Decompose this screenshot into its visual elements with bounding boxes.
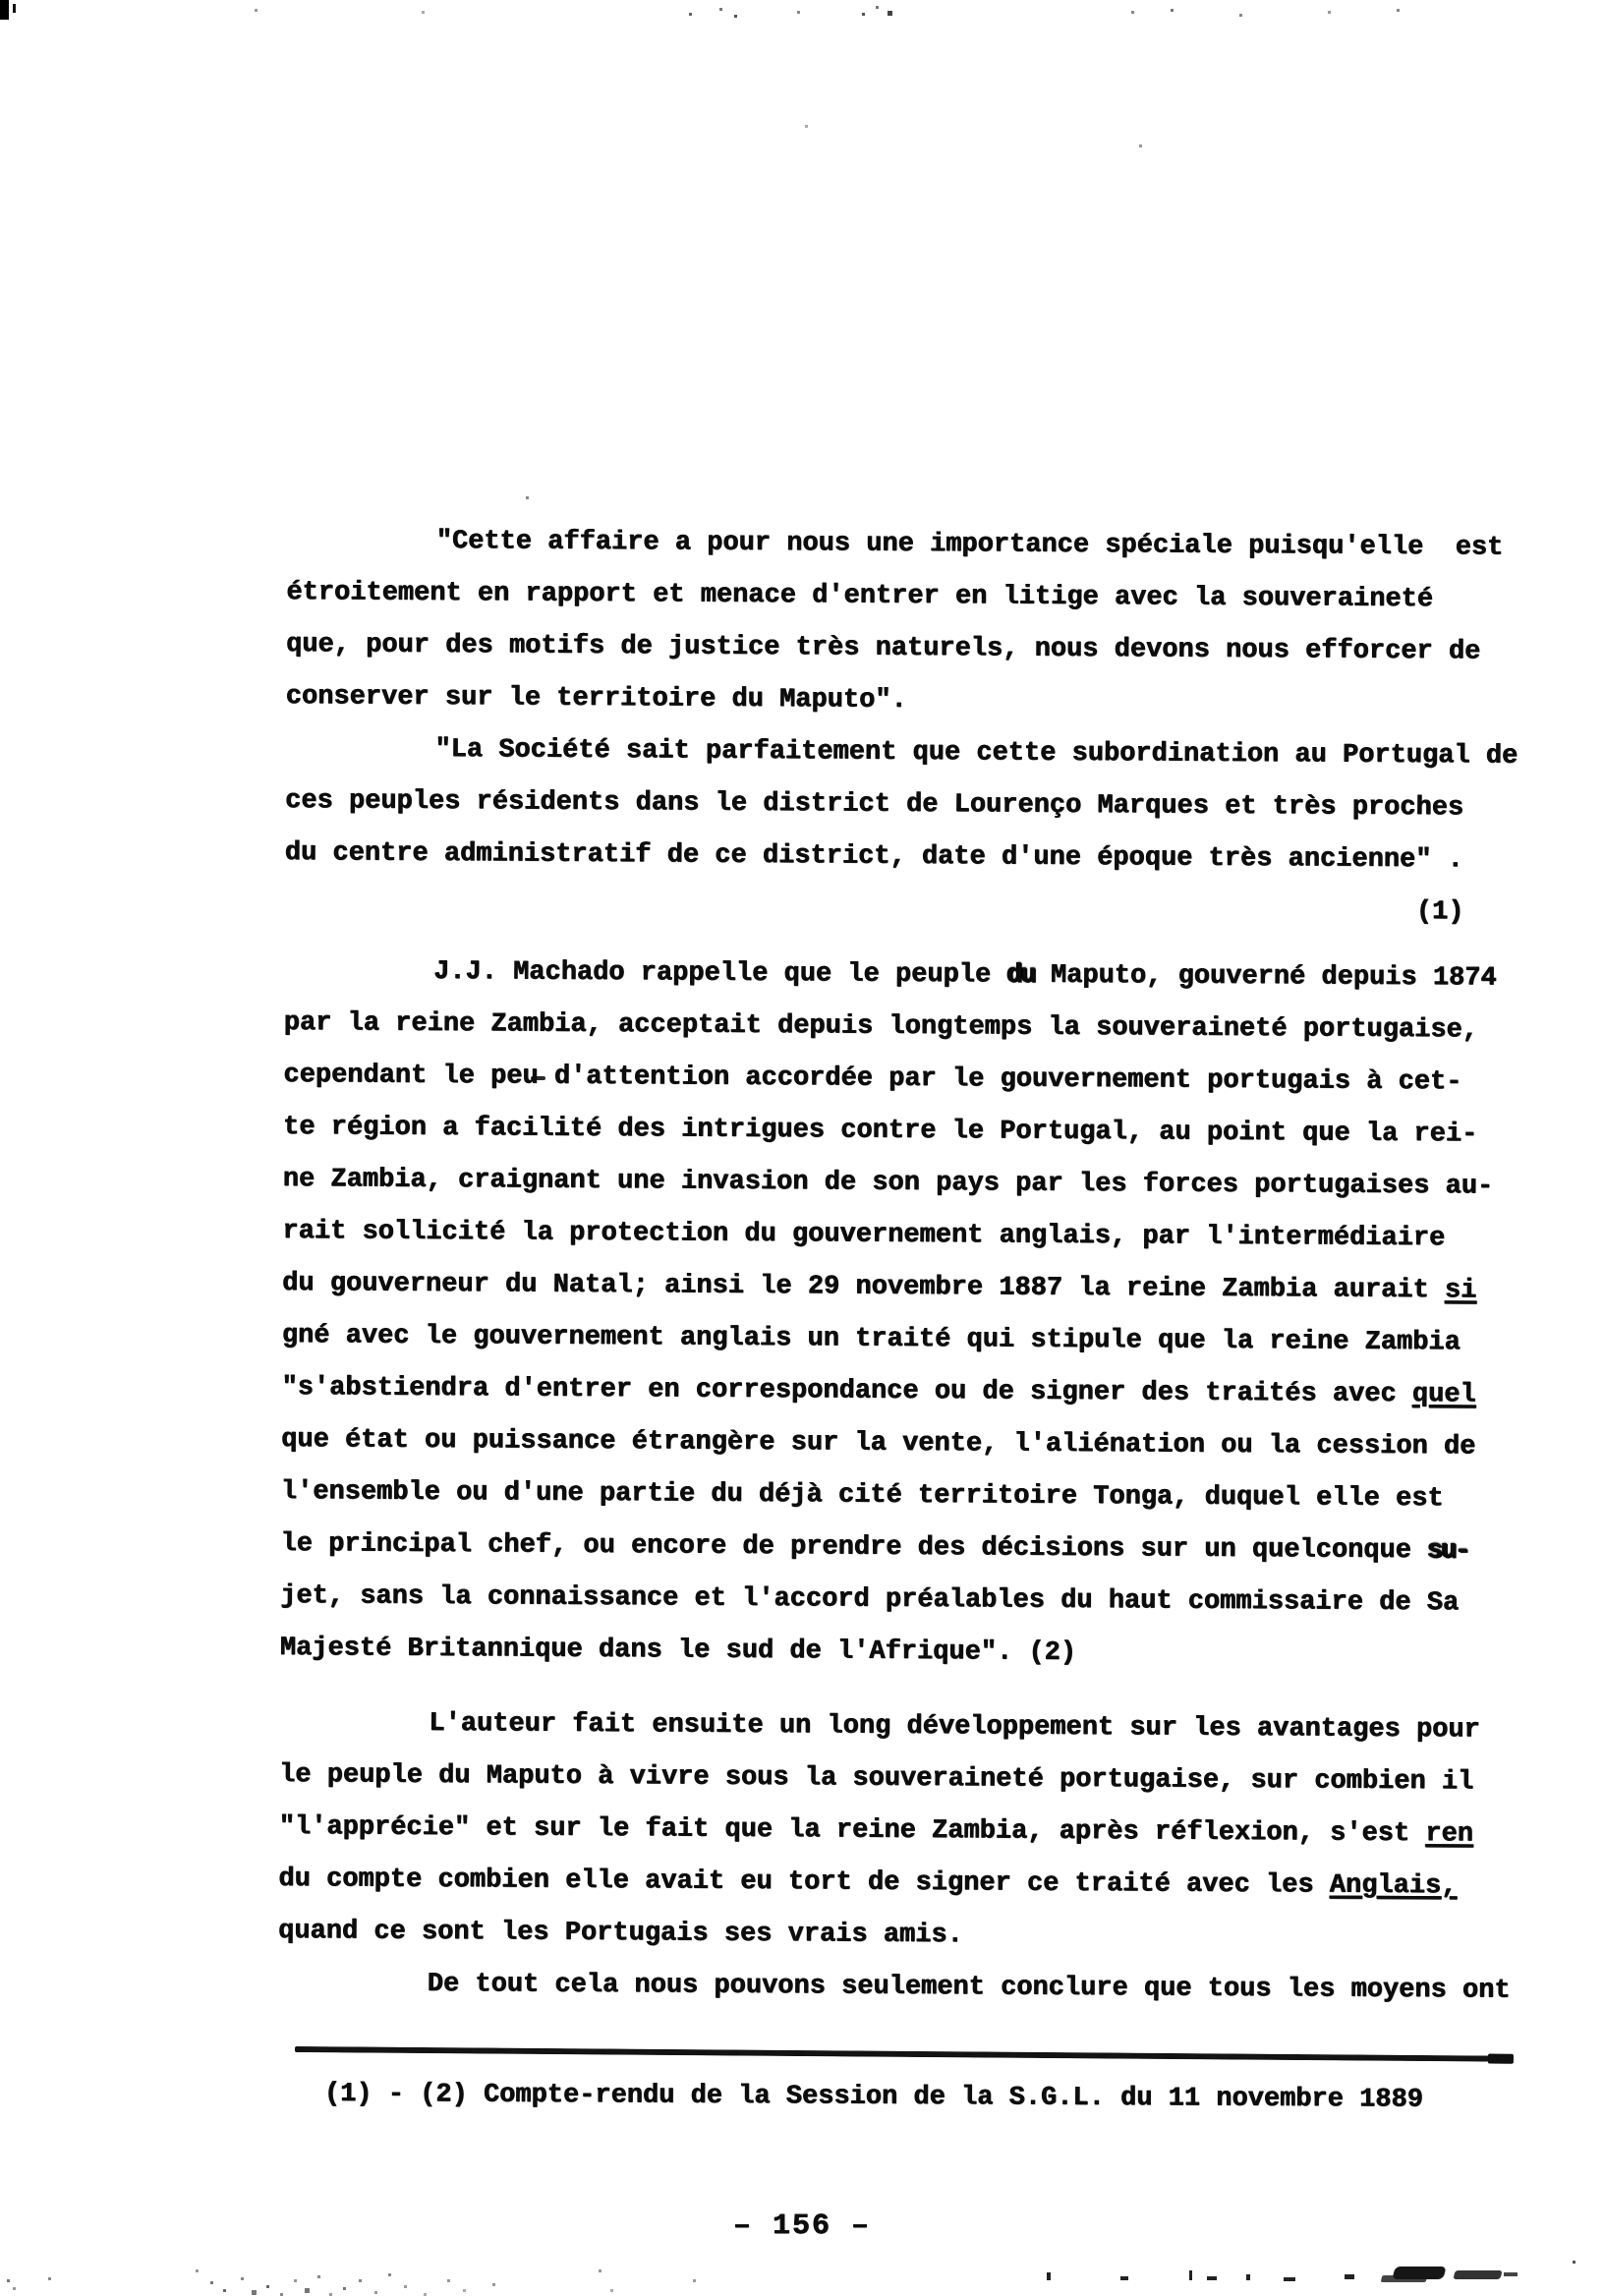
- paragraph: De tout cela nous pouvons seulement conc…: [278, 1958, 1501, 2018]
- paragraph: L'auteur fait ensuite un long développem…: [278, 1697, 1503, 1966]
- text-line: gné avec le gouvernement anglais un trai…: [282, 1310, 1505, 1370]
- page-number: – 156 –: [0, 2210, 1604, 2243]
- text-line: le peuple du Maputo à vivre sous la souv…: [279, 1750, 1502, 1809]
- text-line: De tout cela nous pouvons seulement conc…: [278, 1958, 1501, 2018]
- text-line: rait sollicité la protection du gouverne…: [282, 1206, 1505, 1266]
- text-line: "La Société sait parfaitement que cette …: [285, 723, 1508, 783]
- text-line: par la reine Zambia, acceptait depuis lo…: [284, 998, 1507, 1058]
- text-line: "s'abstiendra d'entrer en correspondance…: [281, 1362, 1504, 1422]
- text-line: du centre administratif de ce district, …: [285, 828, 1508, 888]
- text-line: cependant le peu d'attention accordée pa…: [283, 1050, 1506, 1110]
- text-line: ces peuples résidents dans le district d…: [285, 775, 1508, 835]
- text-line: conserver sur le territoire du Maputo".: [286, 671, 1509, 731]
- text-line: du gouverneur du Natal; ainsi le 29 nove…: [282, 1258, 1505, 1318]
- footnote-ref-marker: (1): [284, 880, 1507, 940]
- scanned-document-page: "Cette affaire a pour nous une importanc…: [0, 0, 1604, 2296]
- footnote-text: (1) - (2) Compte-rendu de la Session de …: [324, 2069, 1523, 2127]
- text-line: quand ce sont les Portugais ses vrais am…: [278, 1906, 1501, 1966]
- scan-corner-artifact: [0, 0, 9, 20]
- text-line: étroitement en rapport et menace d'entre…: [286, 567, 1509, 627]
- scan-specks-top: [0, 0, 1, 1]
- document-body: "Cette affaire a pour nous une importanc…: [278, 515, 1510, 2018]
- paragraph: "La Société sait parfaitement que cette …: [284, 723, 1508, 940]
- text-line: te région a facilité des intrigues contr…: [283, 1102, 1506, 1162]
- text-line: "Cette affaire a pour nous une importanc…: [287, 515, 1510, 575]
- text-line: jet, sans la connaissance et l'accord pr…: [280, 1571, 1503, 1631]
- text-line: l'ensemble ou d'une partie du déjà cité …: [281, 1466, 1504, 1526]
- text-line: du compte combien elle avait eu tort de …: [278, 1854, 1501, 1914]
- text-line: Majesté Britannique dans le sud de l'Afr…: [280, 1623, 1503, 1683]
- text-line: "l'apprécie" et sur le fait que la reine…: [279, 1802, 1502, 1862]
- text-line: le principal chef, ou encore de prendre …: [280, 1519, 1503, 1578]
- text-line: J.J. Machado rappelle que le peuple du M…: [284, 946, 1507, 1005]
- footnote-rule: [295, 2046, 1512, 2062]
- text-line: que, pour des motifs de justice très nat…: [286, 619, 1509, 679]
- text-line: L'auteur fait ensuite un long développem…: [279, 1697, 1502, 1757]
- paragraph: "Cette affaire a pour nous une importanc…: [286, 515, 1510, 731]
- scan-specks-bottom: [0, 2249, 1, 2250]
- paragraph: J.J. Machado rappelle que le peuple du M…: [280, 946, 1508, 1683]
- text-line: que état ou puissance étrangère sur la v…: [281, 1414, 1504, 1474]
- text-line: ne Zambia, craignant une invasion de son…: [283, 1154, 1506, 1214]
